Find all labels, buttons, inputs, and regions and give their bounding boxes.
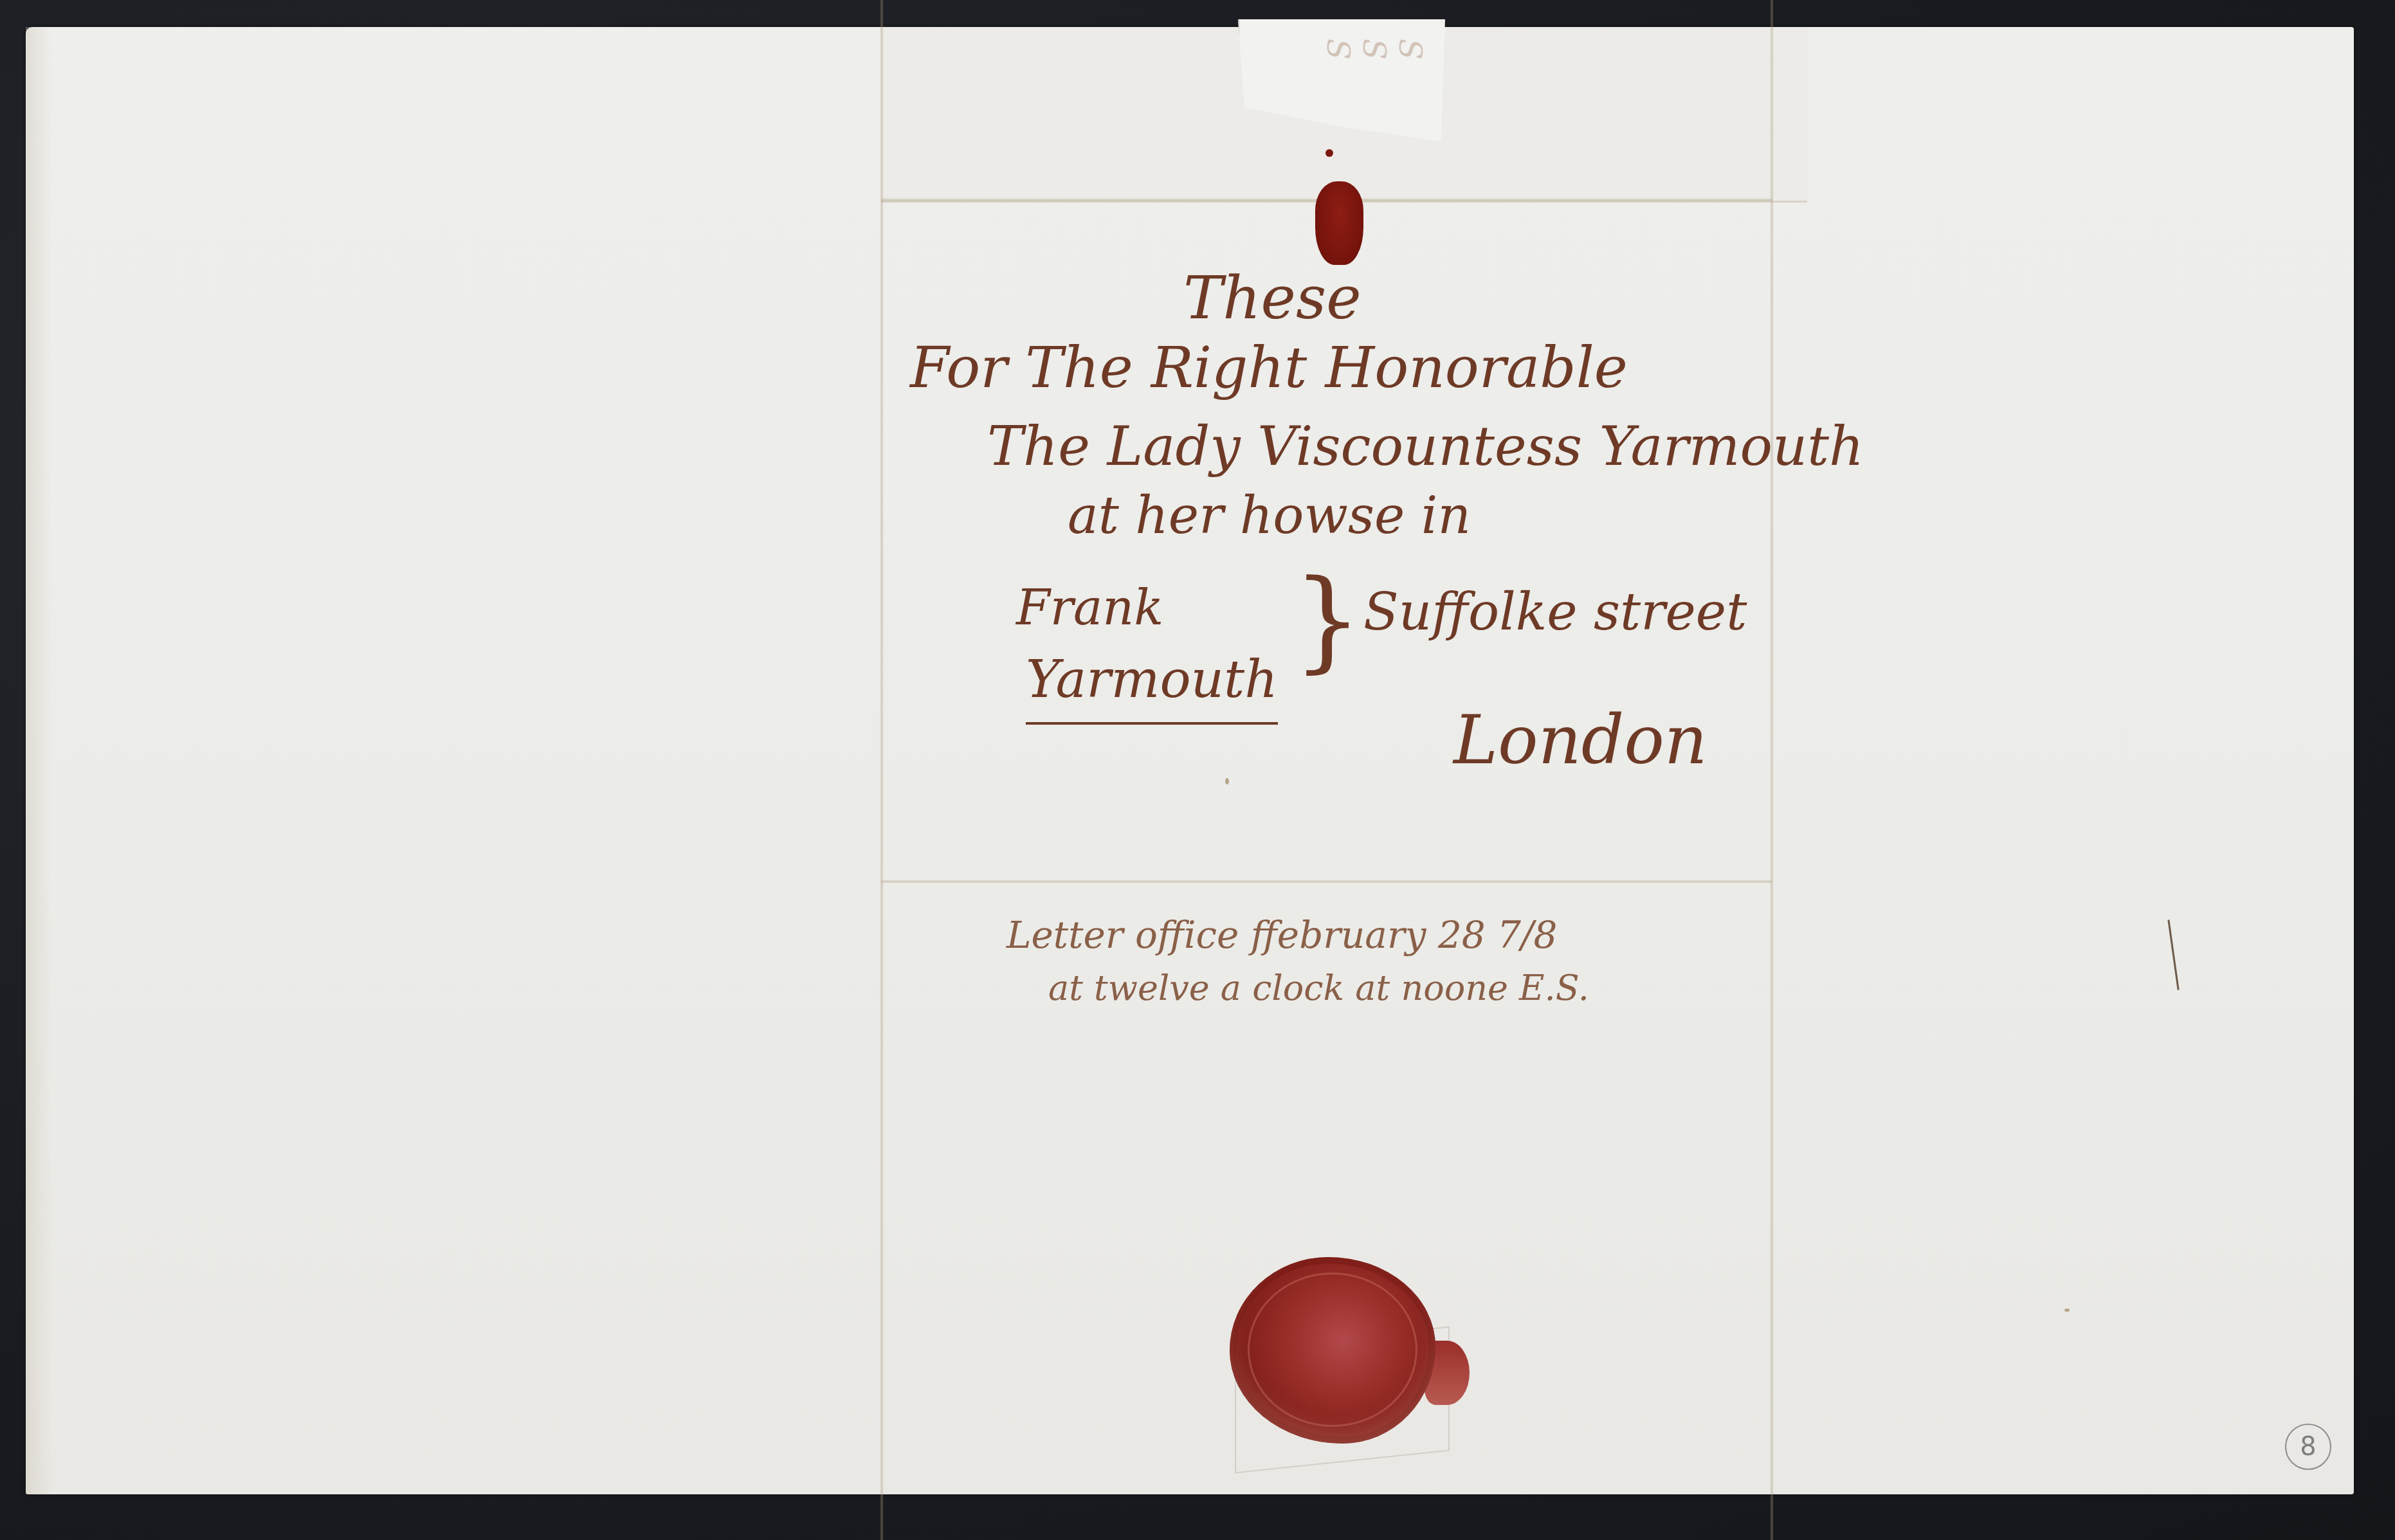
fold-line-middle — [881, 880, 1772, 883]
wax-seal-remnant-top — [1315, 181, 1363, 265]
fold-line-right — [1770, 0, 1774, 1540]
frank-signature: Yarmouth — [1026, 649, 1278, 725]
brace: } — [1293, 566, 1362, 675]
frank-line-1: Frank — [1016, 579, 1163, 636]
seal-impression-ring — [1248, 1273, 1417, 1427]
address-line-these: These — [1183, 264, 1361, 332]
paper-speck — [2064, 1309, 2070, 1312]
address-line-recipient-title: For The Right Honorable — [910, 334, 1628, 401]
wax-drop — [1325, 149, 1333, 157]
fold-line-left — [880, 0, 884, 1540]
show-through-text: S S S — [1261, 39, 1428, 129]
address-line-house: at her howse in — [1068, 485, 1471, 545]
ink-speck — [1225, 778, 1229, 784]
address-street: Suffolke street — [1363, 582, 1747, 642]
address-line-recipient-name: The Lady Viscountess Yarmouth — [987, 415, 1864, 478]
postmark-note-line-1: Letter office ffebruary 28 7/8 — [1006, 913, 1557, 957]
edge-discoloration — [26, 27, 51, 1494]
folio-number: 8 — [2285, 1424, 2331, 1470]
address-city: London — [1453, 701, 1707, 779]
postmark-note-line-2: at twelve a clock at noone E.S. — [1048, 968, 1589, 1008]
